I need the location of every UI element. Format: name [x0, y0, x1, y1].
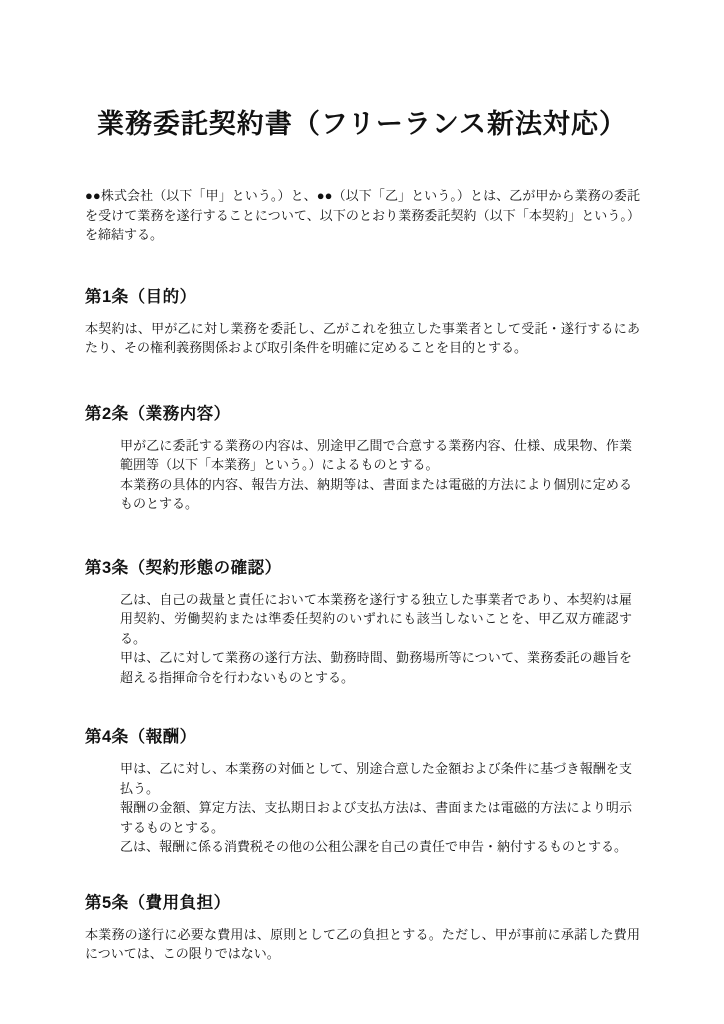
- document-title: 業務委託契約書（フリーランス新法対応）: [0, 0, 724, 144]
- article-3-contract-form-confirmation: 第3条（契約形態の確認） 乙は、自己の裁量と責任において本業務を遂行する独立した…: [85, 556, 640, 688]
- preamble-paragraph: ●●株式会社（以下「甲」という。）と、●●（以下「乙」という。）とは、乙が甲から…: [85, 186, 640, 245]
- article-5-paragraph: 本業務の遂行に必要な費用は、原則として乙の負担とする。ただし、甲が事前に承諾した…: [85, 925, 640, 964]
- article-2-scope-of-work: 第2条（業務内容） 甲が乙に委託する業務の内容は、別途甲乙間で合意する業務内容、…: [85, 402, 640, 514]
- article-5-heading: 第5条（費用負担）: [85, 891, 640, 915]
- article-2-heading: 第2条（業務内容）: [85, 402, 640, 426]
- article-4-paragraph: 乙は、報酬に係る消費税その他の公租公課を自己の責任で申告・納付するものとする。: [120, 837, 632, 857]
- article-1-heading: 第1条（目的）: [85, 285, 640, 309]
- article-4-remuneration: 第4条（報酬） 甲は、乙に対し、本業務の対価として、別途合意した金額および条件に…: [85, 725, 640, 857]
- article-4-heading: 第4条（報酬）: [85, 725, 640, 749]
- article-3-body: 乙は、自己の裁量と責任において本業務を遂行する独立した事業者であり、本契約は雇用…: [120, 590, 632, 688]
- article-2-paragraph: 甲が乙に委託する業務の内容は、別途甲乙間で合意する業務内容、仕様、成果物、作業範…: [120, 436, 632, 475]
- contract-document-page: 業務委託契約書（フリーランス新法対応） ●●株式会社（以下「甲」という。）と、●…: [0, 0, 724, 1024]
- article-2-body: 甲が乙に委託する業務の内容は、別途甲乙間で合意する業務内容、仕様、成果物、作業範…: [120, 436, 632, 514]
- article-2-paragraph: 本業務の具体的内容、報告方法、納期等は、書面または電磁的方法により個別に定めるも…: [120, 475, 632, 514]
- article-3-paragraph: 乙は、自己の裁量と責任において本業務を遂行する独立した事業者であり、本契約は雇用…: [120, 590, 632, 649]
- article-4-paragraph: 甲は、乙に対し、本業務の対価として、別途合意した金額および条件に基づき報酬を支払…: [120, 759, 632, 798]
- article-4-body: 甲は、乙に対し、本業務の対価として、別途合意した金額および条件に基づき報酬を支払…: [120, 759, 632, 857]
- article-3-paragraph: 甲は、乙に対して業務の遂行方法、勤務時間、勤務場所等について、業務委託の趣旨を超…: [120, 648, 632, 687]
- article-5-cost-burden: 第5条（費用負担） 本業務の遂行に必要な費用は、原則として乙の負担とする。ただし…: [85, 891, 640, 964]
- article-1-paragraph: 本契約は、甲が乙に対し業務を委託し、乙がこれを独立した事業者として受託・遂行する…: [85, 319, 640, 358]
- article-4-paragraph: 報酬の金額、算定方法、支払期日および支払方法は、書面または電磁的方法により明示す…: [120, 798, 632, 837]
- article-5-body: 本業務の遂行に必要な費用は、原則として乙の負担とする。ただし、甲が事前に承諾した…: [85, 925, 640, 964]
- article-1-purpose: 第1条（目的） 本契約は、甲が乙に対し業務を委託し、乙がこれを独立した事業者とし…: [85, 285, 640, 358]
- article-3-heading: 第3条（契約形態の確認）: [85, 556, 640, 580]
- article-1-body: 本契約は、甲が乙に対し業務を委託し、乙がこれを独立した事業者として受託・遂行する…: [85, 319, 640, 358]
